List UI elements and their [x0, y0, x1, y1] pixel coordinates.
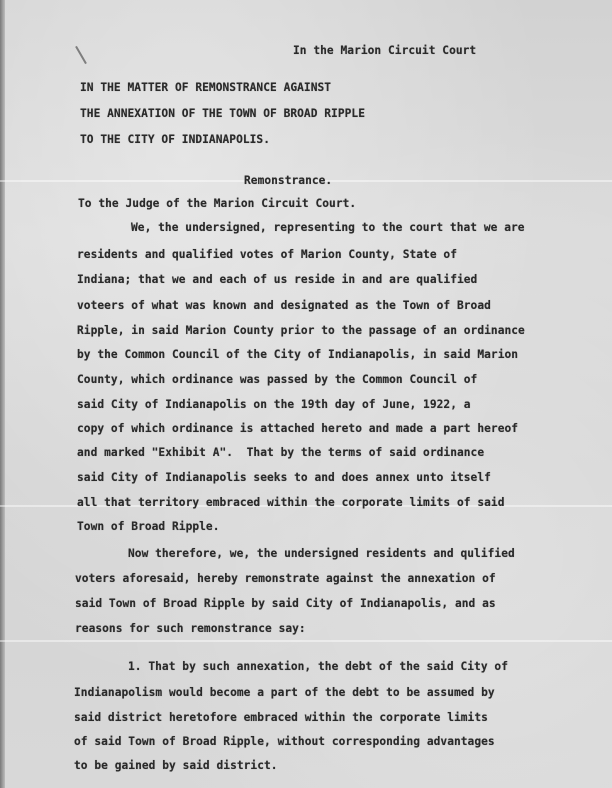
court-heading: In the Marion Circuit Court — [293, 44, 476, 57]
pen-mark — [75, 46, 87, 64]
paragraph-line: all that territory embraced within the c… — [77, 496, 504, 509]
document-page: In the Marion Circuit Court IN THE MATTE… — [0, 0, 612, 788]
paragraph-line: County, which ordinance was passed by th… — [77, 373, 477, 386]
paragraph-line: by the Common Council of the City of Ind… — [77, 348, 518, 361]
paragraph-line: said Town of Broad Ripple by said City o… — [75, 597, 496, 610]
paragraph-line: Ripple, in said Marion County prior to t… — [77, 324, 525, 337]
paragraph-line: reasons for such remonstrance say: — [75, 622, 306, 635]
document-title: Remonstrance. — [244, 174, 332, 187]
paragraph-line: Town of Broad Ripple. — [77, 520, 220, 533]
reason-line: Indianapolism would become a part of the… — [74, 686, 495, 699]
paragraph-line: We, the undersigned, representing to the… — [131, 221, 525, 234]
paper-fold — [0, 640, 612, 642]
paragraph-line: voters aforesaid, hereby remonstrate aga… — [75, 572, 496, 585]
caption-line: THE ANNEXATION OF THE TOWN OF BROAD RIPP… — [80, 107, 365, 120]
paragraph-line: Indiana; that we and each of us reside i… — [77, 273, 477, 286]
reason-line: said district heretofore embraced within… — [74, 711, 488, 724]
paragraph-line: said City of Indianapolis seeks to and d… — [77, 471, 491, 484]
salutation: To the Judge of the Marion Circuit Court… — [78, 197, 356, 210]
paragraph-line: Now therefore, we, the undersigned resid… — [128, 547, 515, 560]
caption-line: TO THE CITY OF INDIANAPOLIS. — [80, 133, 270, 146]
reason-line: 1. That by such annexation, the debt of … — [128, 660, 508, 673]
paragraph-line: said City of Indianapolis on the 19th da… — [77, 398, 471, 411]
caption-line: IN THE MATTER OF REMONSTRANCE AGAINST — [80, 81, 331, 94]
paragraph-line: copy of which ordinance is attached here… — [77, 422, 518, 435]
paragraph-line: residents and qualified votes of Marion … — [77, 248, 457, 261]
reason-line: of said Town of Broad Ripple, without co… — [74, 735, 495, 748]
paragraph-line: voteers of what was known and designated… — [77, 299, 491, 312]
reason-line: to be gained by said district. — [74, 759, 278, 772]
page-edge-shadow — [0, 0, 5, 788]
paragraph-line: and marked "Exhibit A". That by the term… — [77, 446, 484, 459]
